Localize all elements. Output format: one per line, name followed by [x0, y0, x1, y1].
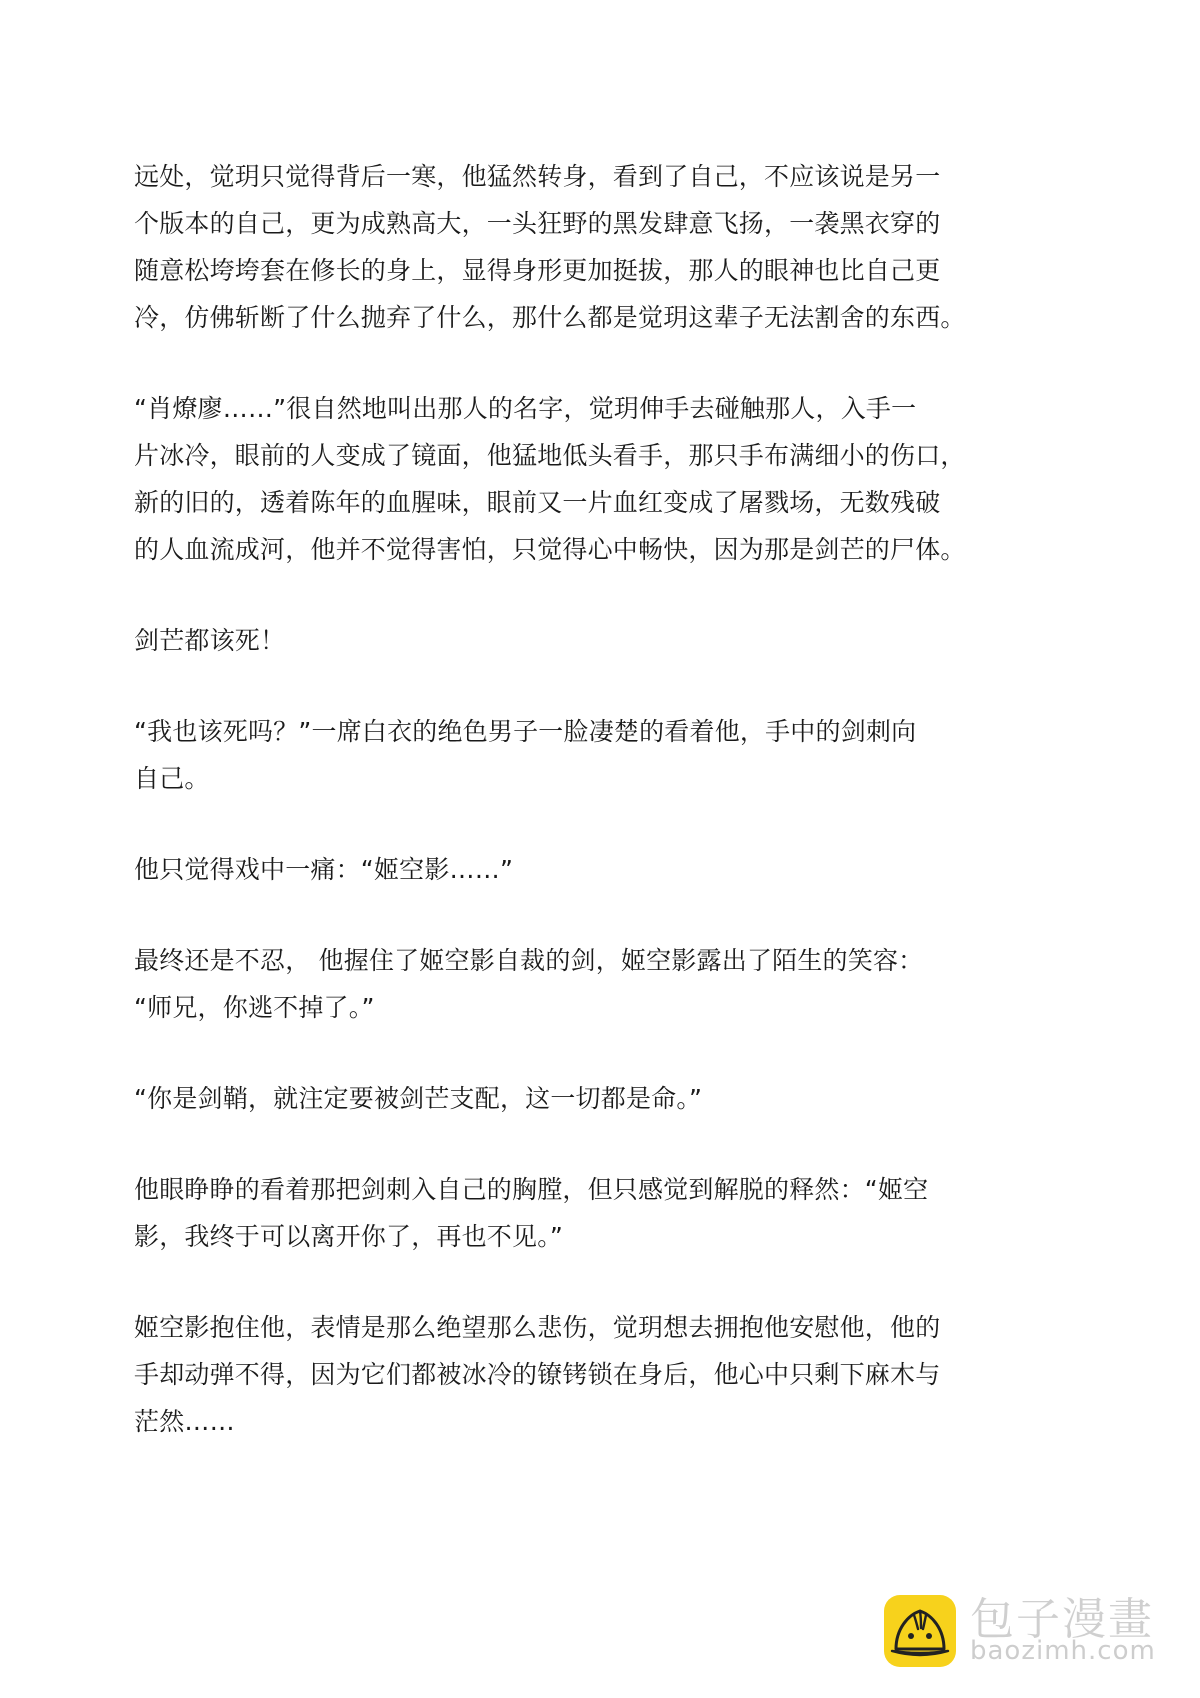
text-line: 片冰冷，眼前的人变成了镜面，他猛地低头看手，那只手布满细小的伤口， [134, 432, 994, 479]
text-line: “师兄，你逃不掉了。” [134, 984, 994, 1031]
paragraph-gap [134, 341, 994, 385]
paragraph-1: 远处，觉玥只觉得背后一寒，他猛然转身，看到了自己，不应该说是另一 个版本的自己，… [134, 153, 994, 341]
bun-mascot-icon [884, 1595, 956, 1667]
paragraph-3: 剑芒都该死！ [134, 617, 994, 664]
paragraph-7: “你是剑鞘，就注定要被剑芒支配，这一切都是命。” [134, 1075, 994, 1122]
text-line: 剑芒都该死！ [134, 617, 994, 664]
text-line: 自己。 [134, 755, 994, 802]
paragraph-4: “我也该死吗？”一席白衣的绝色男子一脸凄楚的看着他，手中的剑刺向 自己。 [134, 708, 994, 802]
text-line: “肖燎廖……”很自然地叫出那人的名字，觉玥伸手去碰触那人，入手一 [134, 385, 994, 432]
text-line: “你是剑鞘，就注定要被剑芒支配，这一切都是命。” [134, 1075, 994, 1122]
chapter-text: 远处，觉玥只觉得背后一寒，他猛然转身，看到了自己，不应该说是另一 个版本的自己，… [134, 153, 994, 1445]
paragraph-5: 他只觉得戏中一痛：“姬空影……” [134, 846, 994, 893]
paragraph-gap [134, 1260, 994, 1304]
paragraph-gap [134, 802, 994, 846]
text-line: 冷，仿佛斩断了什么抛弃了什么，那什么都是觉玥这辈子无法割舍的东西。 [134, 294, 994, 341]
text-line: 影，我终于可以离开你了，再也不见。” [134, 1213, 994, 1260]
paragraph-gap [134, 664, 994, 708]
paragraph-2: “肖燎廖……”很自然地叫出那人的名字，觉玥伸手去碰触那人，入手一 片冰冷，眼前的… [134, 385, 994, 573]
paragraph-gap [134, 1031, 994, 1075]
text-line: 最终还是不忍， 他握住了姬空影自裁的剑，姬空影露出了陌生的笑容： [134, 937, 994, 984]
text-line: 姬空影抱住他，表情是那么绝望那么悲伤，觉玥想去拥抱他安慰他，他的 [134, 1304, 994, 1351]
text-line: 个版本的自己，更为成熟高大，一头狂野的黑发肆意飞扬，一袭黑衣穿的 [134, 200, 994, 247]
paragraph-8: 他眼睁睁的看着那把剑刺入自己的胸膛，但只感觉到解脱的释然：“姬空 影，我终于可以… [134, 1166, 994, 1260]
text-line: “我也该死吗？”一席白衣的绝色男子一脸凄楚的看着他，手中的剑刺向 [134, 708, 994, 755]
watermark-brand-en: baozimh.com [970, 1638, 1156, 1664]
text-line: 他眼睁睁的看着那把剑刺入自己的胸膛，但只感觉到解脱的释然：“姬空 [134, 1166, 994, 1213]
text-line: 新的旧的，透着陈年的血腥味，眼前又一片血红变成了屠戮场，无数残破 [134, 479, 994, 526]
paragraph-6: 最终还是不忍， 他握住了姬空影自裁的剑，姬空影露出了陌生的笑容： “师兄，你逃不… [134, 937, 994, 1031]
text-line: 茫然…… [134, 1398, 994, 1445]
text-line: 他只觉得戏中一痛：“姬空影……” [134, 846, 994, 893]
text-line: 手却动弹不得，因为它们都被冰冷的镣铐锁在身后，他心中只剩下麻木与 [134, 1351, 994, 1398]
text-line: 的人血流成河，他并不觉得害怕，只觉得心中畅快，因为那是剑芒的尸体。 [134, 526, 994, 573]
text-line: 远处，觉玥只觉得背后一寒，他猛然转身，看到了自己，不应该说是另一 [134, 153, 994, 200]
paragraph-gap [134, 893, 994, 937]
text-line: 随意松垮垮套在修长的身上，显得身形更加挺拔，那人的眼神也比自己更 [134, 247, 994, 294]
paragraph-9: 姬空影抱住他，表情是那么绝望那么悲伤，觉玥想去拥抱他安慰他，他的 手却动弹不得，… [134, 1304, 994, 1445]
paragraph-gap [134, 1122, 994, 1166]
site-watermark: 包子漫畫 baozimh.com [884, 1594, 1156, 1668]
paragraph-gap [134, 573, 994, 617]
